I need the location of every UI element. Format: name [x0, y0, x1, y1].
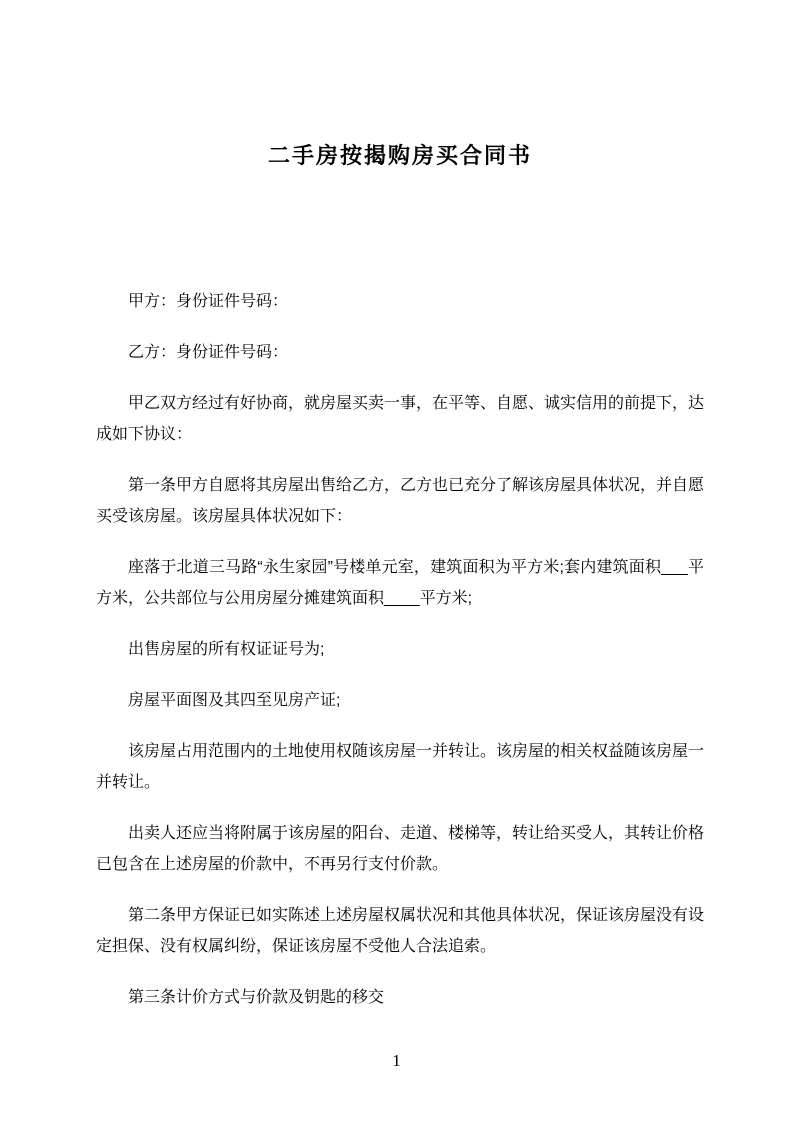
ownership-certificate-line: 出售房屋的所有权证证号为;: [96, 634, 704, 665]
party-a-line: 甲方：身份证件号码：: [96, 286, 704, 317]
page-number: 1: [0, 1050, 793, 1072]
contract-document-page: 二手房按揭购房买合同书 甲方：身份证件号码： 乙方：身份证件号码： 甲乙双方经过…: [0, 0, 793, 1122]
clause-2-paragraph: 第二条甲方保证已如实陈述上述房屋权属状况和其他具体状况，保证该房屋没有设定担保、…: [96, 900, 704, 962]
floor-plan-line: 房屋平面图及其四至见房产证;: [96, 685, 704, 716]
property-location-paragraph: 座落于北道三马路“永生家园”号楼单元室，建筑面积为平方米;套内建筑面积___平方…: [96, 552, 704, 614]
clause-3-heading: 第三条计价方式与价款及钥匙的移交: [96, 982, 704, 1013]
preamble-paragraph: 甲乙双方经过有好协商，就房屋买卖一事，在平等、自愿、诚实信用的前提下，达成如下协…: [96, 388, 704, 450]
document-title: 二手房按揭购房买合同书: [96, 140, 704, 172]
party-b-line: 乙方：身份证件号码：: [96, 337, 704, 368]
clause-1-paragraph: 第一条甲方自愿将其房屋出售给乙方，乙方也已充分了解该房屋具体状况，并自愿买受该房…: [96, 470, 704, 532]
land-use-rights-paragraph: 该房屋占用范围内的土地使用权随该房屋一并转让。该房屋的相关权益随该房屋一并转让。: [96, 736, 704, 798]
appurtenances-paragraph: 出卖人还应当将附属于该房屋的阳台、走道、楼梯等，转让给买受人，其转让价格已包含在…: [96, 818, 704, 880]
